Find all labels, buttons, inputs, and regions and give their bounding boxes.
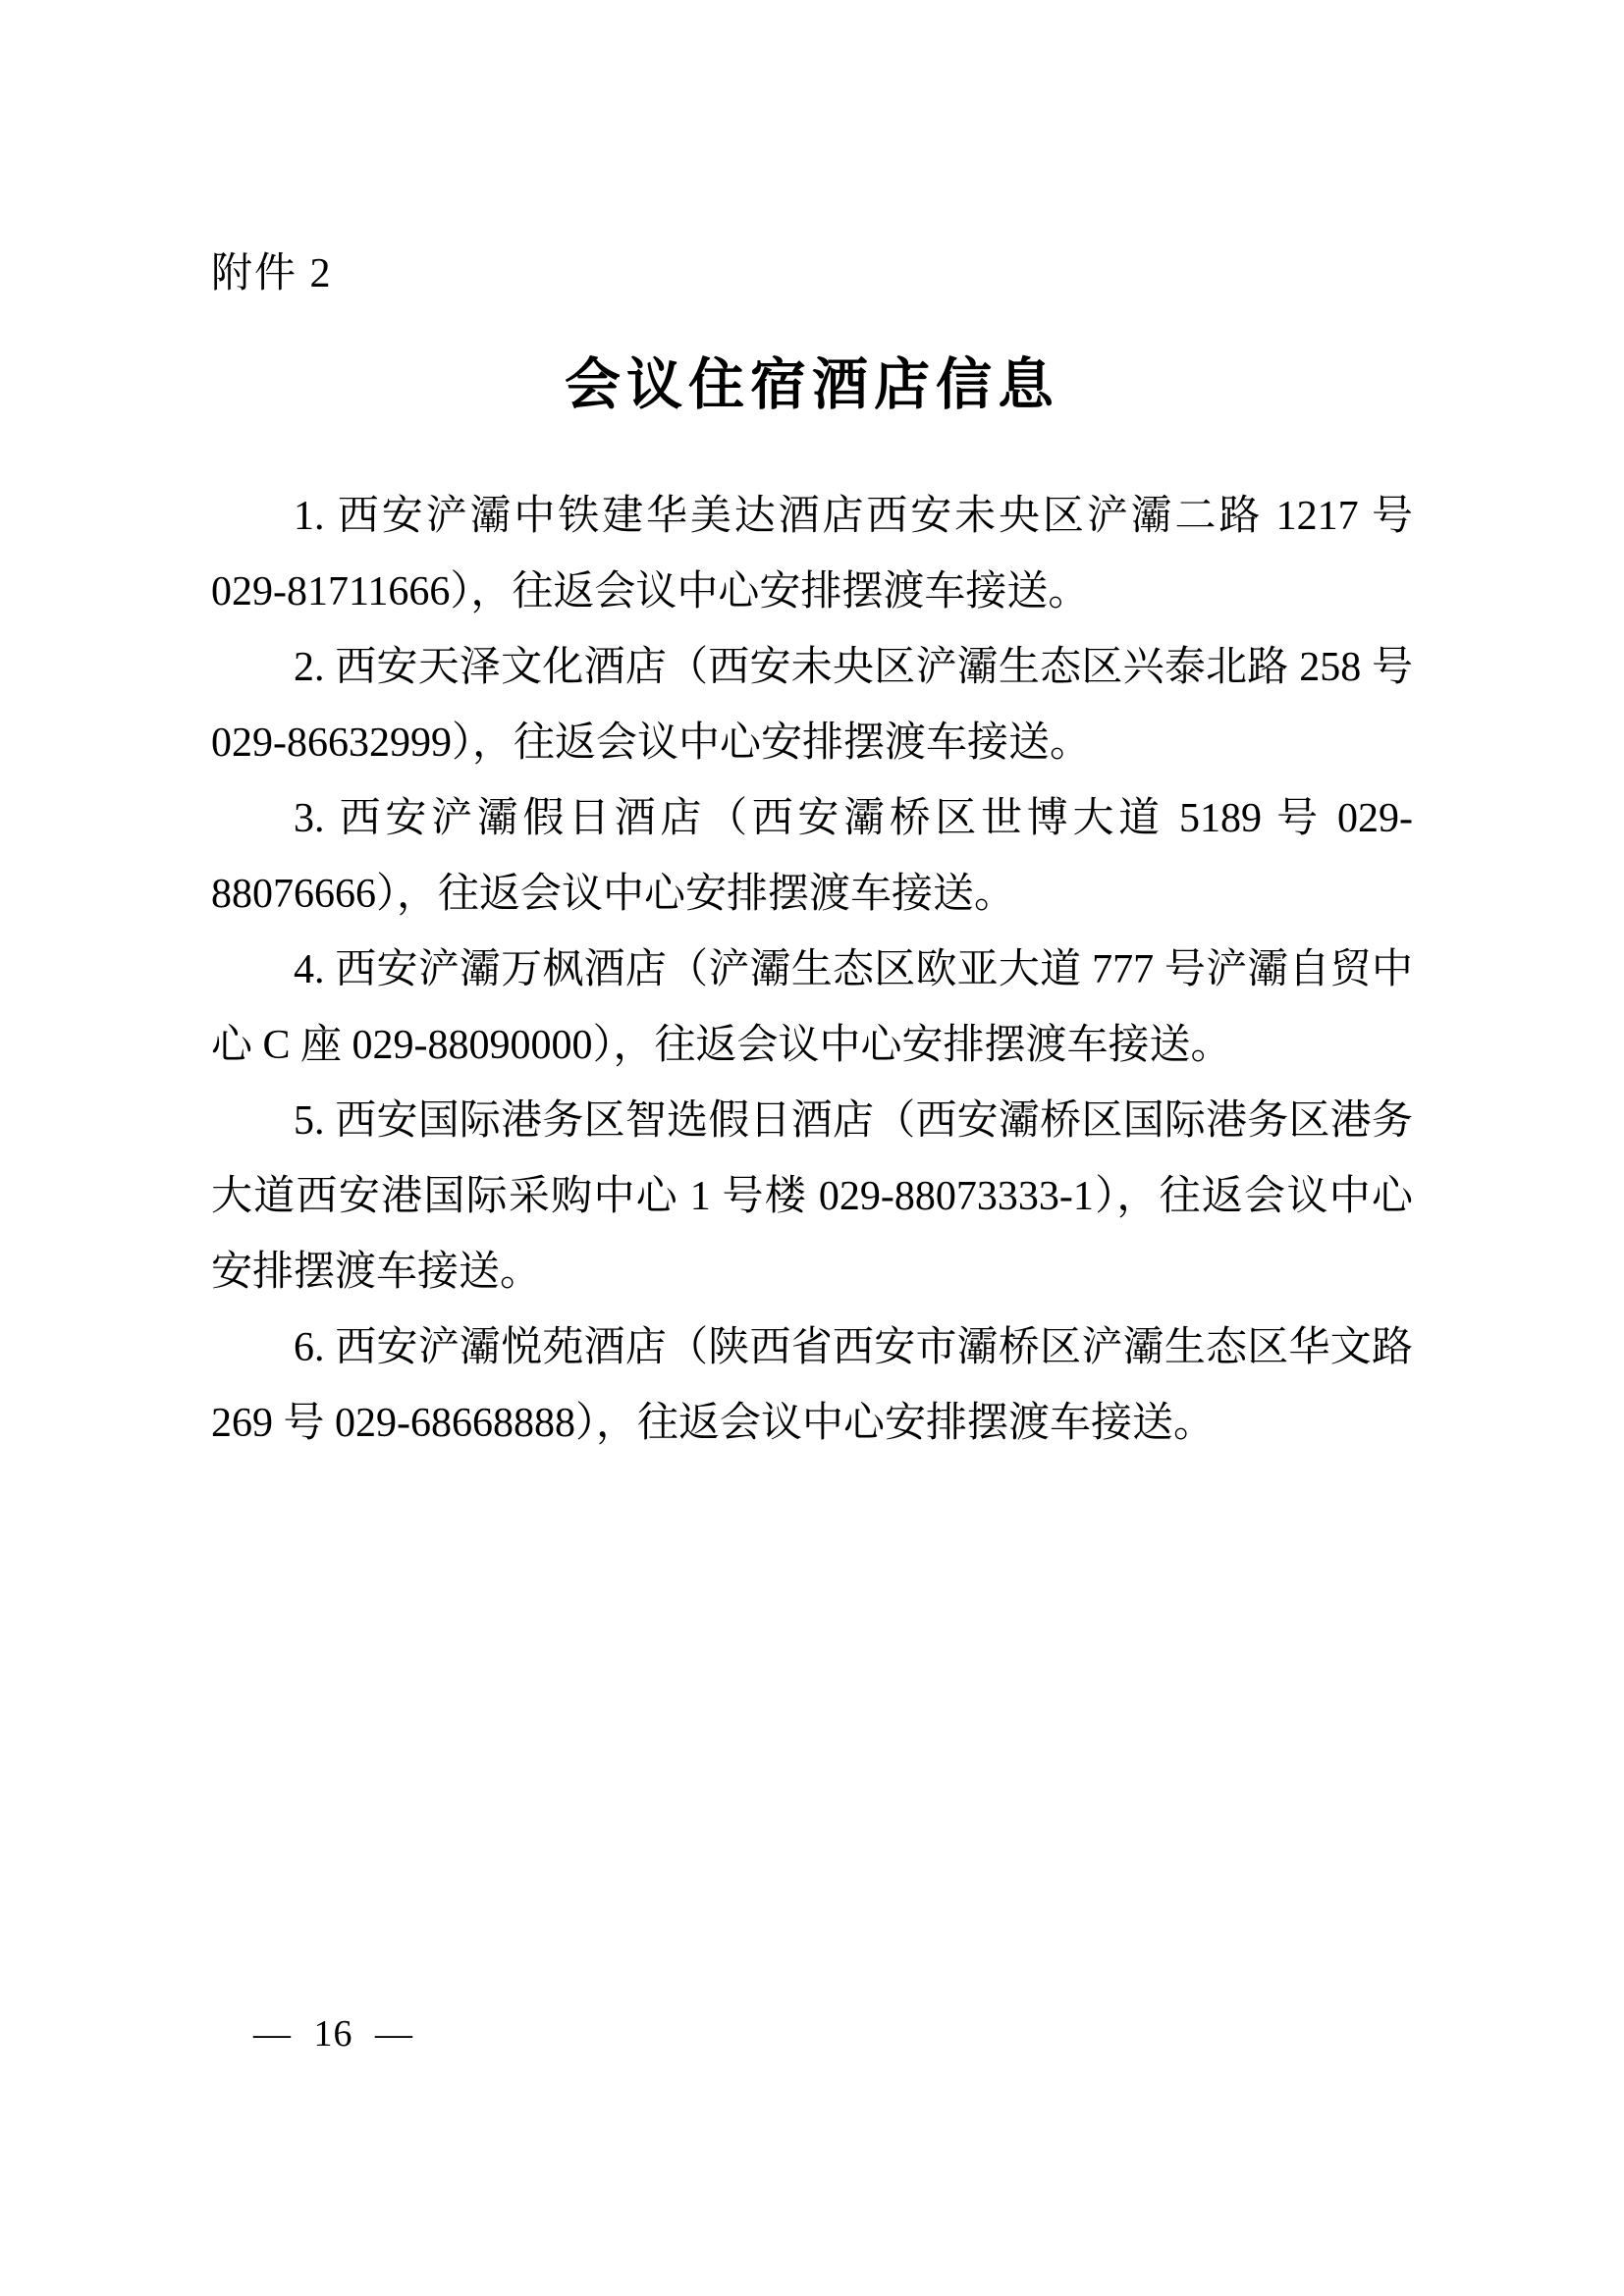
attachment-label: 附件 2: [211, 244, 1624, 303]
document-title: 会议住宿酒店信息: [0, 342, 1624, 430]
hotel-paragraph: 5. 西安国际港务区智选假日酒店（西安灞桥区国际港务区港务大道西安港国际采购中心…: [211, 1084, 1413, 1310]
hotel-paragraph: 2. 西安天泽文化酒店（西安未央区浐灞生态区兴泰北路 258 号 029-866…: [211, 630, 1413, 781]
hotel-paragraph: 3. 西安浐灞假日酒店（西安灞桥区世博大道 5189 号 029-8807666…: [211, 781, 1413, 933]
hotel-paragraph: 6. 西安浐灞悦苑酒店（陕西省西安市灞桥区浐灞生态区华文路 269 号 029-…: [211, 1310, 1413, 1462]
document-page: 附件 2 会议住宿酒店信息 1. 西安浐灞中铁建华美达酒店西安未央区浐灞二路 1…: [0, 0, 1624, 2296]
page-number: — 16 —: [253, 2012, 413, 2056]
hotel-paragraph: 4. 西安浐灞万枫酒店（浐灞生态区欧亚大道 777 号浐灞自贸中心 C 座 02…: [211, 933, 1413, 1084]
hotel-list: 1. 西安浐灞中铁建华美达酒店西安未央区浐灞二路 1217 号 029-8171…: [211, 479, 1413, 1462]
hotel-paragraph: 1. 西安浐灞中铁建华美达酒店西安未央区浐灞二路 1217 号 029-8171…: [211, 479, 1413, 630]
